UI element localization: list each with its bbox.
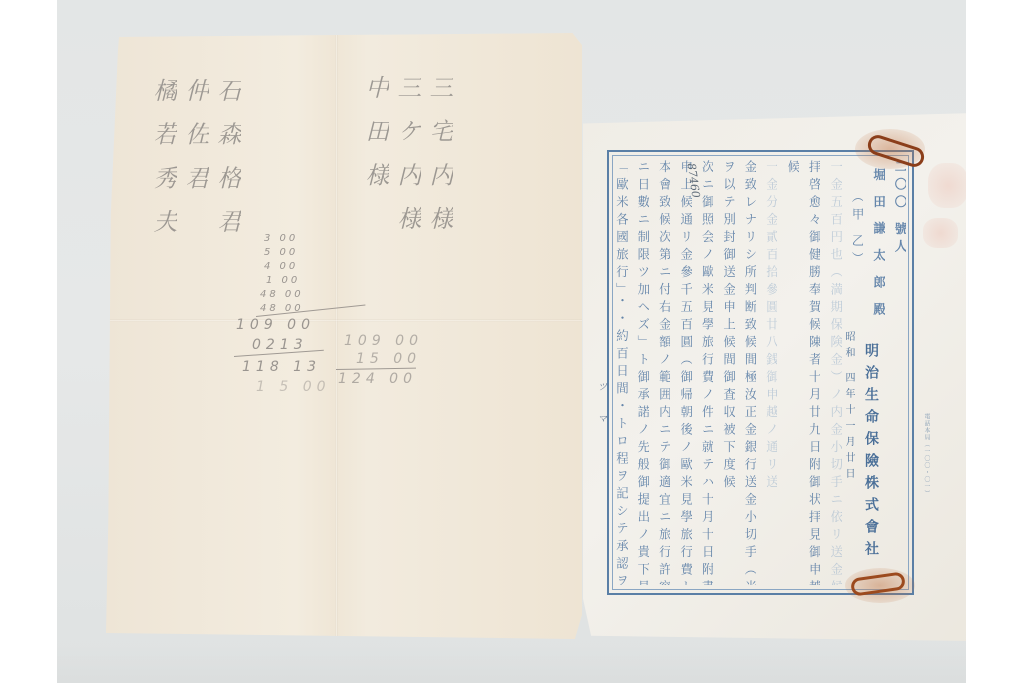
- margin-katakana-1: ツ: [593, 381, 608, 391]
- calc-right-total: 124 00: [338, 371, 417, 387]
- header-col-number: 二〇〇 號人: [893, 160, 906, 585]
- body-col-faint-1: 一金五百円也（満期保険金）ノ内金小切手ニ依リ送金候: [829, 160, 842, 585]
- marginal-telephone-print: 電話本局（一〇〇・〇一）: [923, 413, 930, 497]
- pencil-name-column-5: 三 ケ 内 様: [390, 75, 425, 236]
- calc-faint-line: 1 5 00: [256, 379, 331, 395]
- body-col-4: ヲ以テ別封御送金申上候間御査収被下度候: [722, 160, 735, 585]
- vertical-fold-crease: [335, 33, 338, 639]
- right-printed-letter: 二〇〇 號人 堀 田 謙 太 郎 殿 （甲 乙） 一金五百円也（満期保険金）ノ内…: [583, 113, 966, 641]
- pencil-name-column-1: 橘 若 秀 夫: [146, 78, 181, 239]
- calc-line-3: 4 00: [264, 261, 298, 272]
- horizontal-fold-crease: [106, 319, 582, 322]
- pencil-name-column-4: 中 田 様: [358, 75, 393, 192]
- red-seal-stamp: [928, 163, 966, 208]
- pencil-name-column-6: 三 宅 内 様: [422, 75, 457, 236]
- body-col-7: 本會致候次第ニ付右金額ノ範囲内ニテ御適宜ニ旅行許容地変更先後ニテ「歐: [658, 160, 671, 585]
- left-handwritten-document: 橘 若 秀 夫 仲 佐 君 石 森 格 君 中 田 様 三 ケ 内 様 三 宅 …: [106, 33, 582, 639]
- calc-line-1: 3 00: [264, 233, 298, 244]
- photo-background: 橘 若 秀 夫 仲 佐 君 石 森 格 君 中 田 様 三 ケ 内 様 三 宅 …: [57, 0, 966, 683]
- letter-date: 昭和 四年十一月廿日: [841, 331, 856, 484]
- body-col-faint-2: 一金分金貳百拾參圓廿八銭御申越ノ通リ送: [765, 160, 778, 585]
- calc-line-2: 5 00: [264, 247, 298, 258]
- calc-line-5: 48 00: [260, 289, 304, 300]
- calc-line-4: 1 00: [266, 275, 300, 286]
- sender-company: 明治生命保險株式會社: [861, 343, 881, 563]
- body-col-1: 拝啓愈々御健勝奉賀候陳者十月廿九日附御状拝見御申越ノ趣正ニ了承致: [808, 160, 821, 585]
- body-col-6: 申上候通リ金參千五百圓（御帰朝後ノ歐米見學旅行費トシテ: [679, 160, 692, 585]
- pencil-name-column-3: 石 森 格 君: [210, 78, 245, 239]
- body-col-8: ニ日數ニ制限ツ加ヘズ」ト御承諾ノ先般御提出ノ貴下見學旅行見積書: [636, 160, 649, 585]
- calc-subtotal: 109 00: [236, 317, 315, 333]
- body-col-3: 金致レナリシ所判断致候間極汝正金銀行送金小切手（米価換算額: [744, 160, 757, 585]
- pencil-name-column-2: 仲 佐 君: [178, 78, 213, 195]
- body-col-9: 「歐米各國旅行」・・約百日間・トロ程ヲ記シテ承認ヲ求メ: [615, 160, 628, 585]
- body-col-5: 次ニ御照会ノ歐米見學旅行費ノ件ニ就テハ十月十日附書状ヲ以テ御通知: [701, 160, 714, 585]
- calc-right-line-2: 15 00: [356, 351, 421, 367]
- calc-right-line-1: 109 00: [344, 333, 423, 349]
- margin-katakana-2: マ: [593, 413, 608, 423]
- calc-right-sum-line: [336, 368, 416, 370]
- red-seal-stamp-2: [923, 218, 958, 248]
- body-col-2: 候: [786, 160, 799, 585]
- calc-total: 118 13: [242, 359, 321, 375]
